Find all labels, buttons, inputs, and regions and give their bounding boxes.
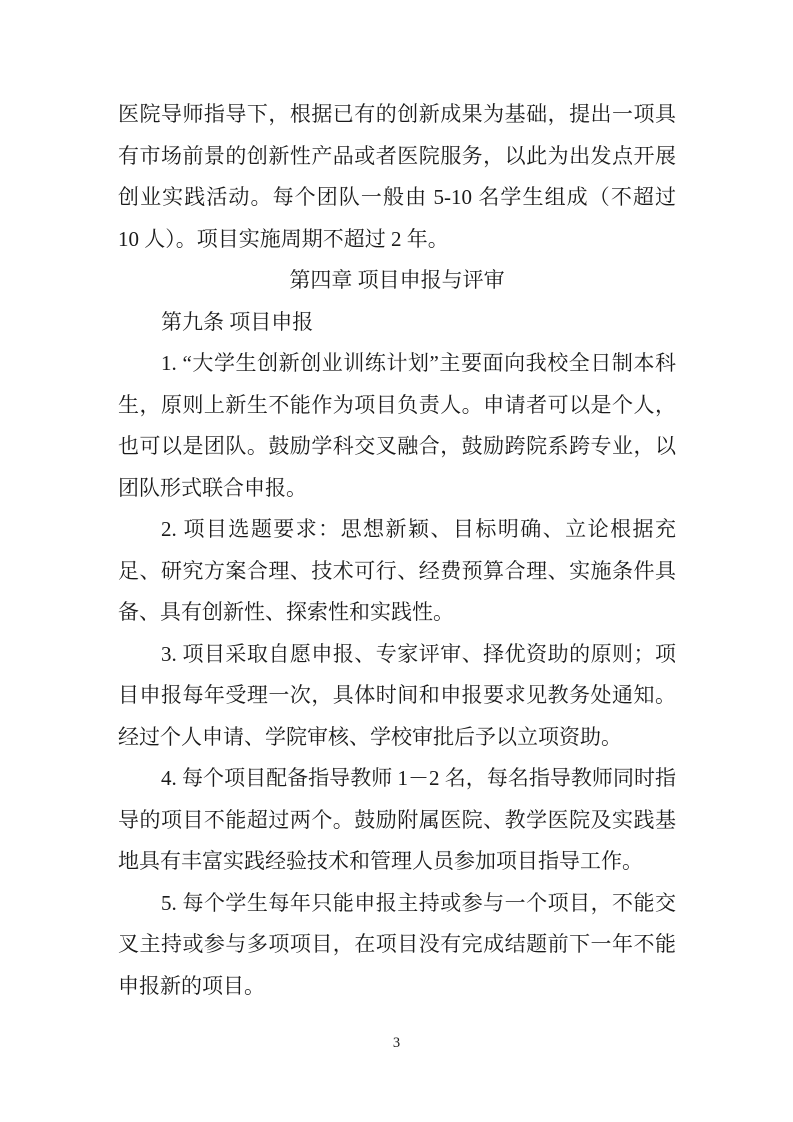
page-footer: 3 (0, 1033, 793, 1053)
list-item-4: 4. 每个项目配备指导教师 1－2 名，每名指导教师同时指导的项目不能超过两个。… (118, 758, 676, 883)
list-item-3: 3. 项目采取自愿申报、专家评审、择优资助的原则；项目申报每年受理一次，具体时间… (118, 634, 676, 759)
list-item-5: 5. 每个学生每年只能申报主持或参与一个项目，不能交叉主持或参与多项项目，在项目… (118, 883, 676, 1008)
list-item-1: 1. “大学生创新创业训练计划”主要面向我校全日制本科生，原则上新生不能作为项目… (118, 343, 676, 509)
document-page: 医院导师指导下，根据已有的创新成果为基础，提出一项具有市场前景的创新性产品或者医… (0, 0, 793, 1122)
article-heading: 第九条 项目申报 (118, 302, 676, 344)
page-number: 3 (393, 1035, 400, 1051)
document-body: 医院导师指导下，根据已有的创新成果为基础，提出一项具有市场前景的创新性产品或者医… (118, 94, 676, 1007)
paragraph-continuation: 医院导师指导下，根据已有的创新成果为基础，提出一项具有市场前景的创新性产品或者医… (118, 94, 676, 260)
chapter-heading: 第四章 项目申报与评审 (118, 260, 676, 302)
list-item-2: 2. 项目选题要求：思想新颖、目标明确、立论根据充足、研究方案合理、技术可行、经… (118, 509, 676, 634)
